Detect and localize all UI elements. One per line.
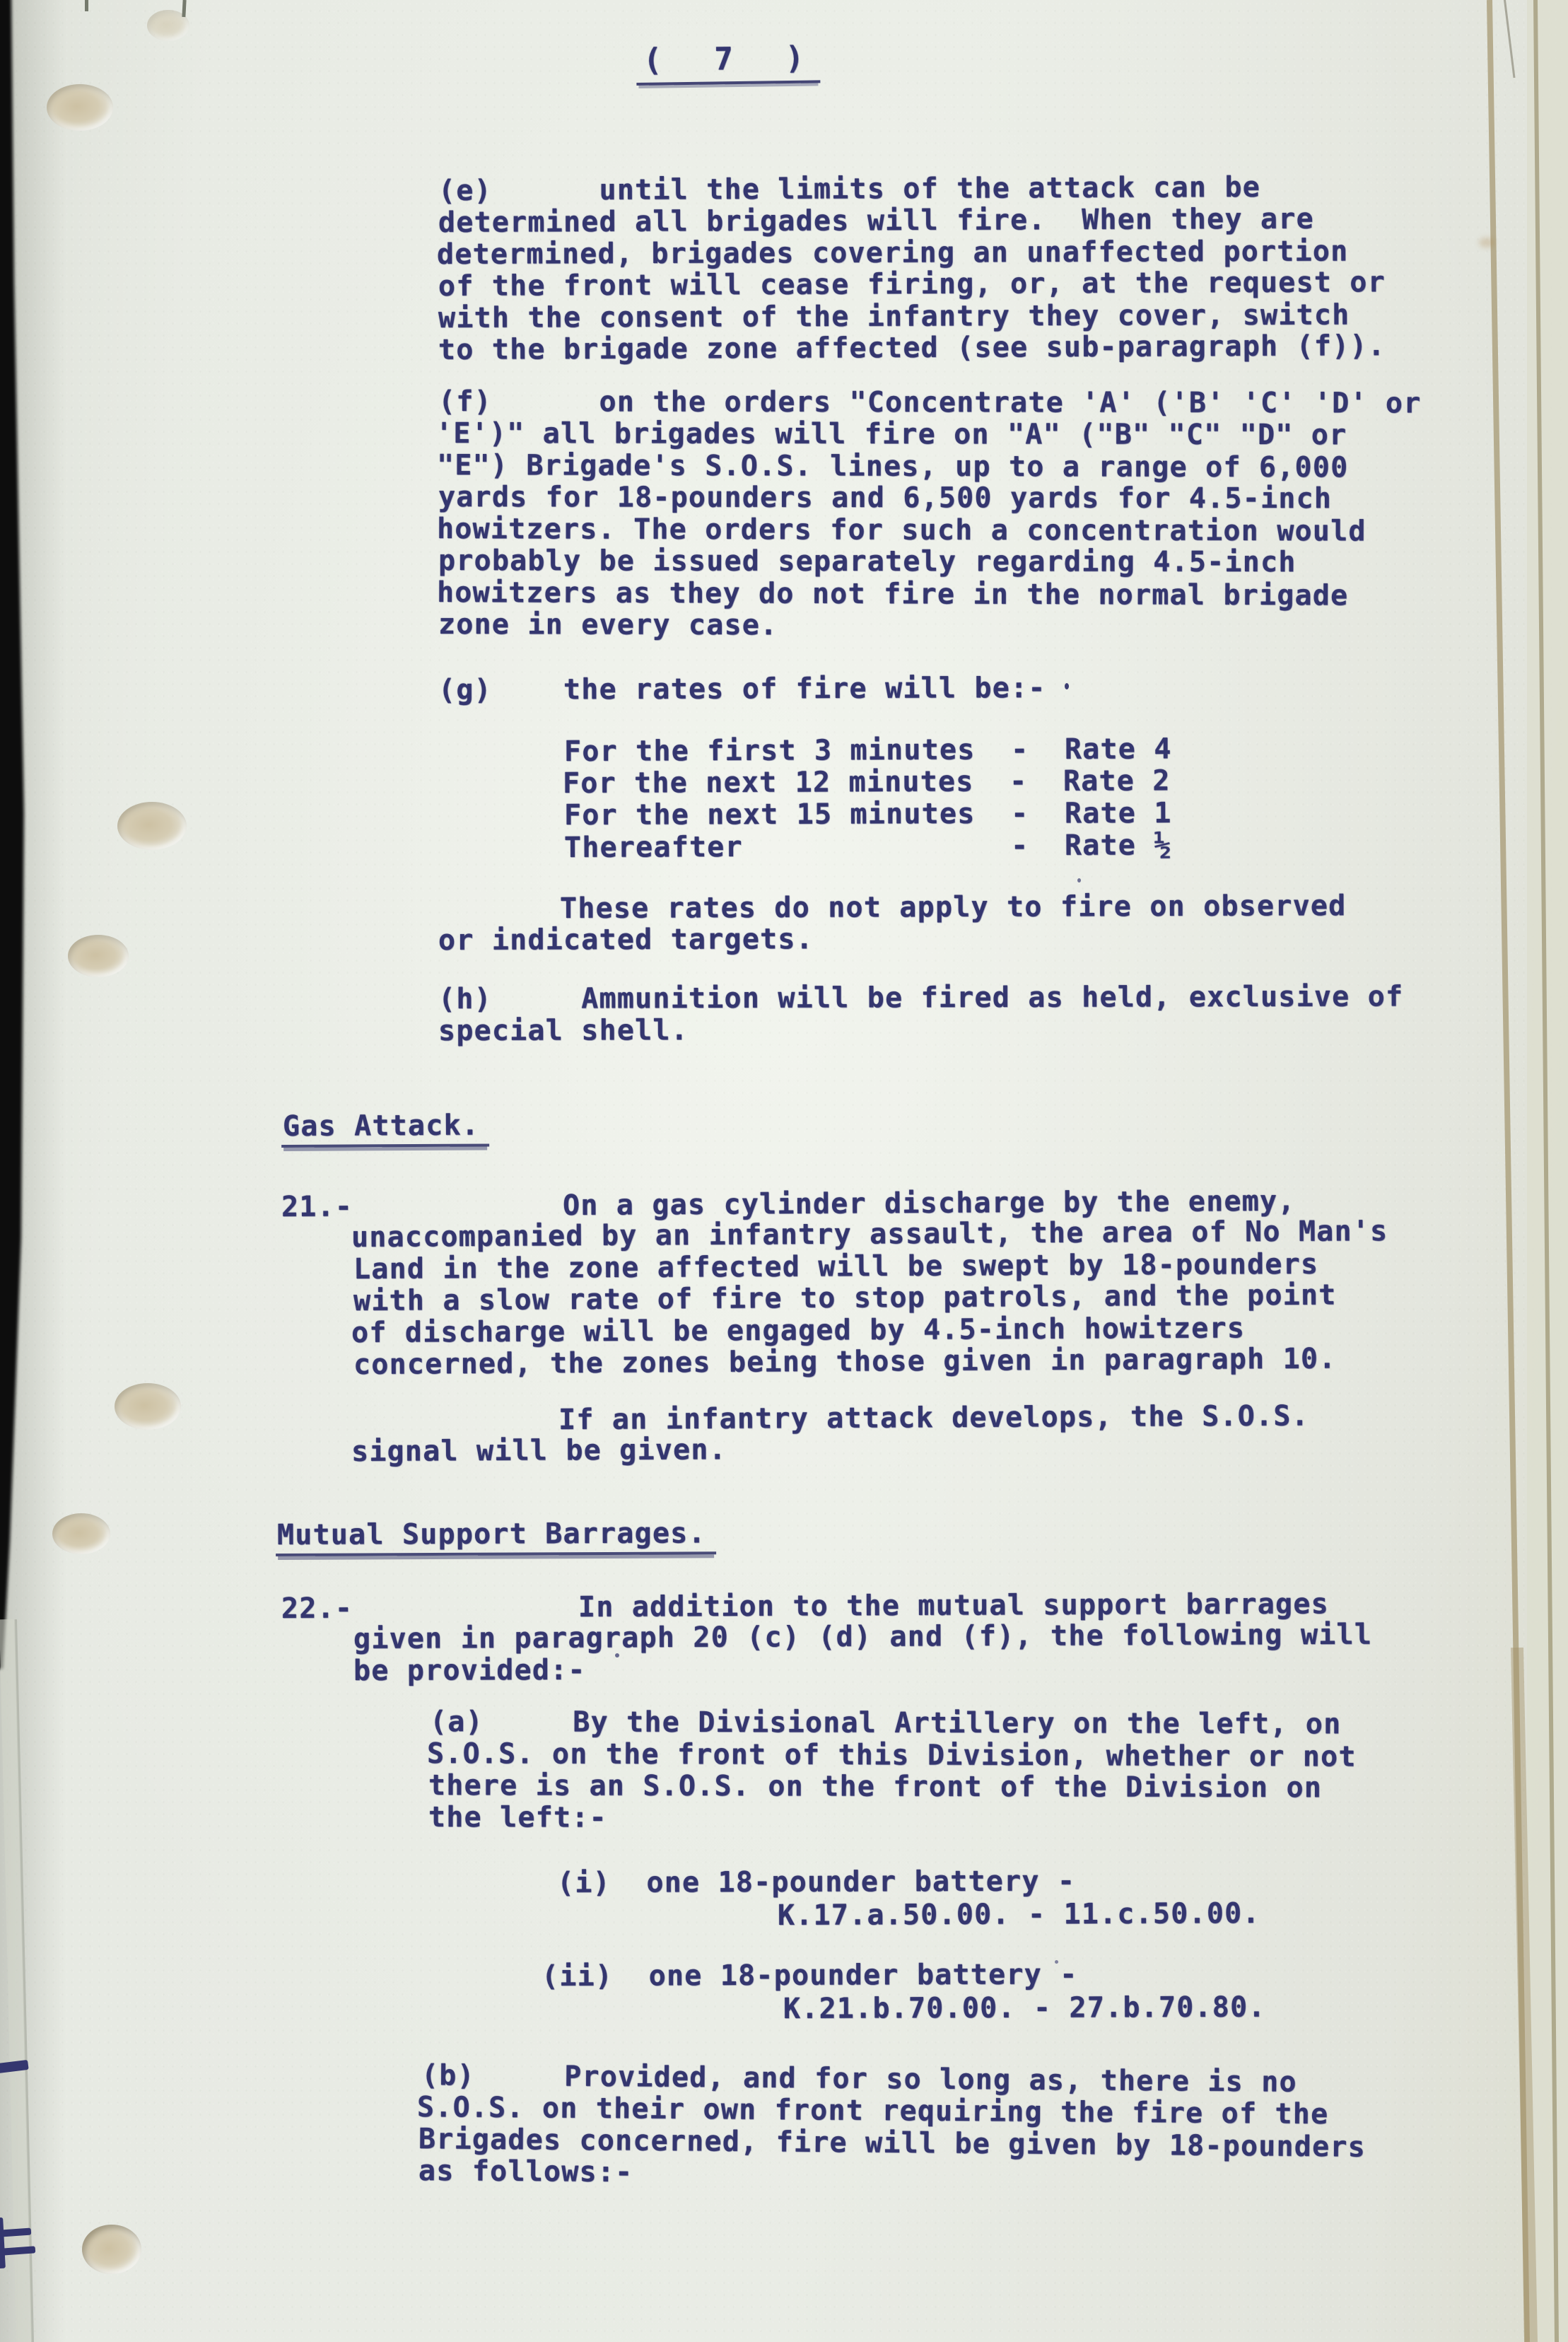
para-e-line: with the consent of the infantry they co…: [438, 298, 1350, 334]
punch-hole: [115, 1383, 181, 1430]
edge-tick-mark: [85, 0, 88, 11]
para-a-line: the left:-: [428, 1801, 607, 1834]
para-f-line: zone in every case.: [438, 608, 778, 641]
corner-wrinkle: [1504, 0, 1514, 78]
punch-hole: [68, 935, 129, 977]
para-21-label: 21.-: [281, 1190, 353, 1223]
para-22-line: be provided:-: [353, 1654, 586, 1687]
para-f-line: (f) on the orders "Concentrate 'A' ('B' …: [438, 385, 1422, 419]
punch-hole: [47, 84, 113, 131]
rate-row: For the first 3 minutes - Rate 4: [564, 733, 1172, 768]
para-h-line: (h) Ammunition will be fired as held, ex…: [438, 980, 1403, 1015]
para-e-line: determined, brigades covering an unaffec…: [437, 235, 1349, 271]
para-e-line: (e) until the limits of the attack can b…: [438, 171, 1260, 207]
para-22-line: In addition to the mutual support barrag…: [578, 1587, 1329, 1624]
para-e-line: of the front will cease firing, or, at t…: [438, 266, 1386, 303]
para-a-line: S.O.S. on the front of this Division, wh…: [427, 1737, 1357, 1773]
para-f-line: "E") Brigade's S.O.S. lines, up to a ran…: [437, 449, 1349, 484]
punch-hole: [82, 2225, 141, 2274]
rates-note-line: These rates do not apply to fire on obse…: [560, 890, 1347, 925]
para-22-line: given in paragraph 20 (c) (d) and (f), t…: [353, 1619, 1372, 1655]
para-h-line: special shell.: [438, 1014, 689, 1047]
para-f-line: yards for 18-pounders and 6,500 yards fo…: [438, 481, 1332, 515]
paper-smudge: [1479, 238, 1494, 247]
section-heading-mutual-support: Mutual Support Barrages.: [276, 1517, 716, 1556]
para-f-line: howitzers. The orders for such a concent…: [437, 513, 1367, 547]
item-ii-line: (ii) one 18-pounder battery -: [542, 1958, 1078, 1993]
rates-note-line: or indicated targets.: [438, 923, 814, 957]
item-i-line: K.17.a.50.00. - 11.c.50.00.: [778, 1897, 1260, 1932]
page-number: ( 7 ): [636, 40, 821, 86]
para-g-intro: (g) the rates of fire will be:-: [438, 672, 1046, 706]
para-22-label: 22.-: [281, 1592, 353, 1625]
section-heading-gas-attack: Gas Attack.: [281, 1109, 489, 1148]
punch-hole: [52, 1513, 110, 1554]
para-f-line: howitzers as they do not fire in the nor…: [437, 576, 1349, 612]
item-i-line: (i) one 18-pounder battery -: [557, 1865, 1075, 1899]
binding-edge: [0, 0, 24, 1669]
ink-speck: [1077, 878, 1081, 882]
para-a-line: (a) By the Divisional Artillery on the l…: [430, 1706, 1342, 1740]
rate-row: For the next 15 minutes - Rate 1: [564, 797, 1172, 832]
item-ii-line: K.21.b.70.00. - 27.b.70.80.: [783, 1991, 1266, 2025]
para-f-line: probably be issued separately regarding …: [438, 544, 1297, 578]
para-21-line: concerned, the zones being those given i…: [353, 1343, 1337, 1381]
ink-speck: [1065, 683, 1069, 689]
para-e-line: to the brigade zone affected (see sub-pa…: [438, 330, 1386, 366]
para-e-line: determined all brigades will fire. When …: [438, 203, 1314, 239]
para-a-line: there is an S.O.S. on the front of the D…: [428, 1769, 1322, 1804]
sos-note-line: If an infantry attack develops, the S.O.…: [558, 1399, 1309, 1436]
sos-note-line: signal will be given.: [351, 1433, 727, 1468]
rate-row: Thereafter - Rate ½: [564, 829, 1172, 864]
punch-hole: [117, 802, 187, 850]
document-page: ( 7 ) (e) until the limits of the attack…: [0, 0, 1568, 2342]
para-f-line: 'E')" all brigades will fire on "A" ("B"…: [435, 417, 1347, 451]
para-b-line: as follows:-: [419, 2155, 633, 2189]
rate-row: For the next 12 minutes - Rate 2: [563, 764, 1171, 800]
